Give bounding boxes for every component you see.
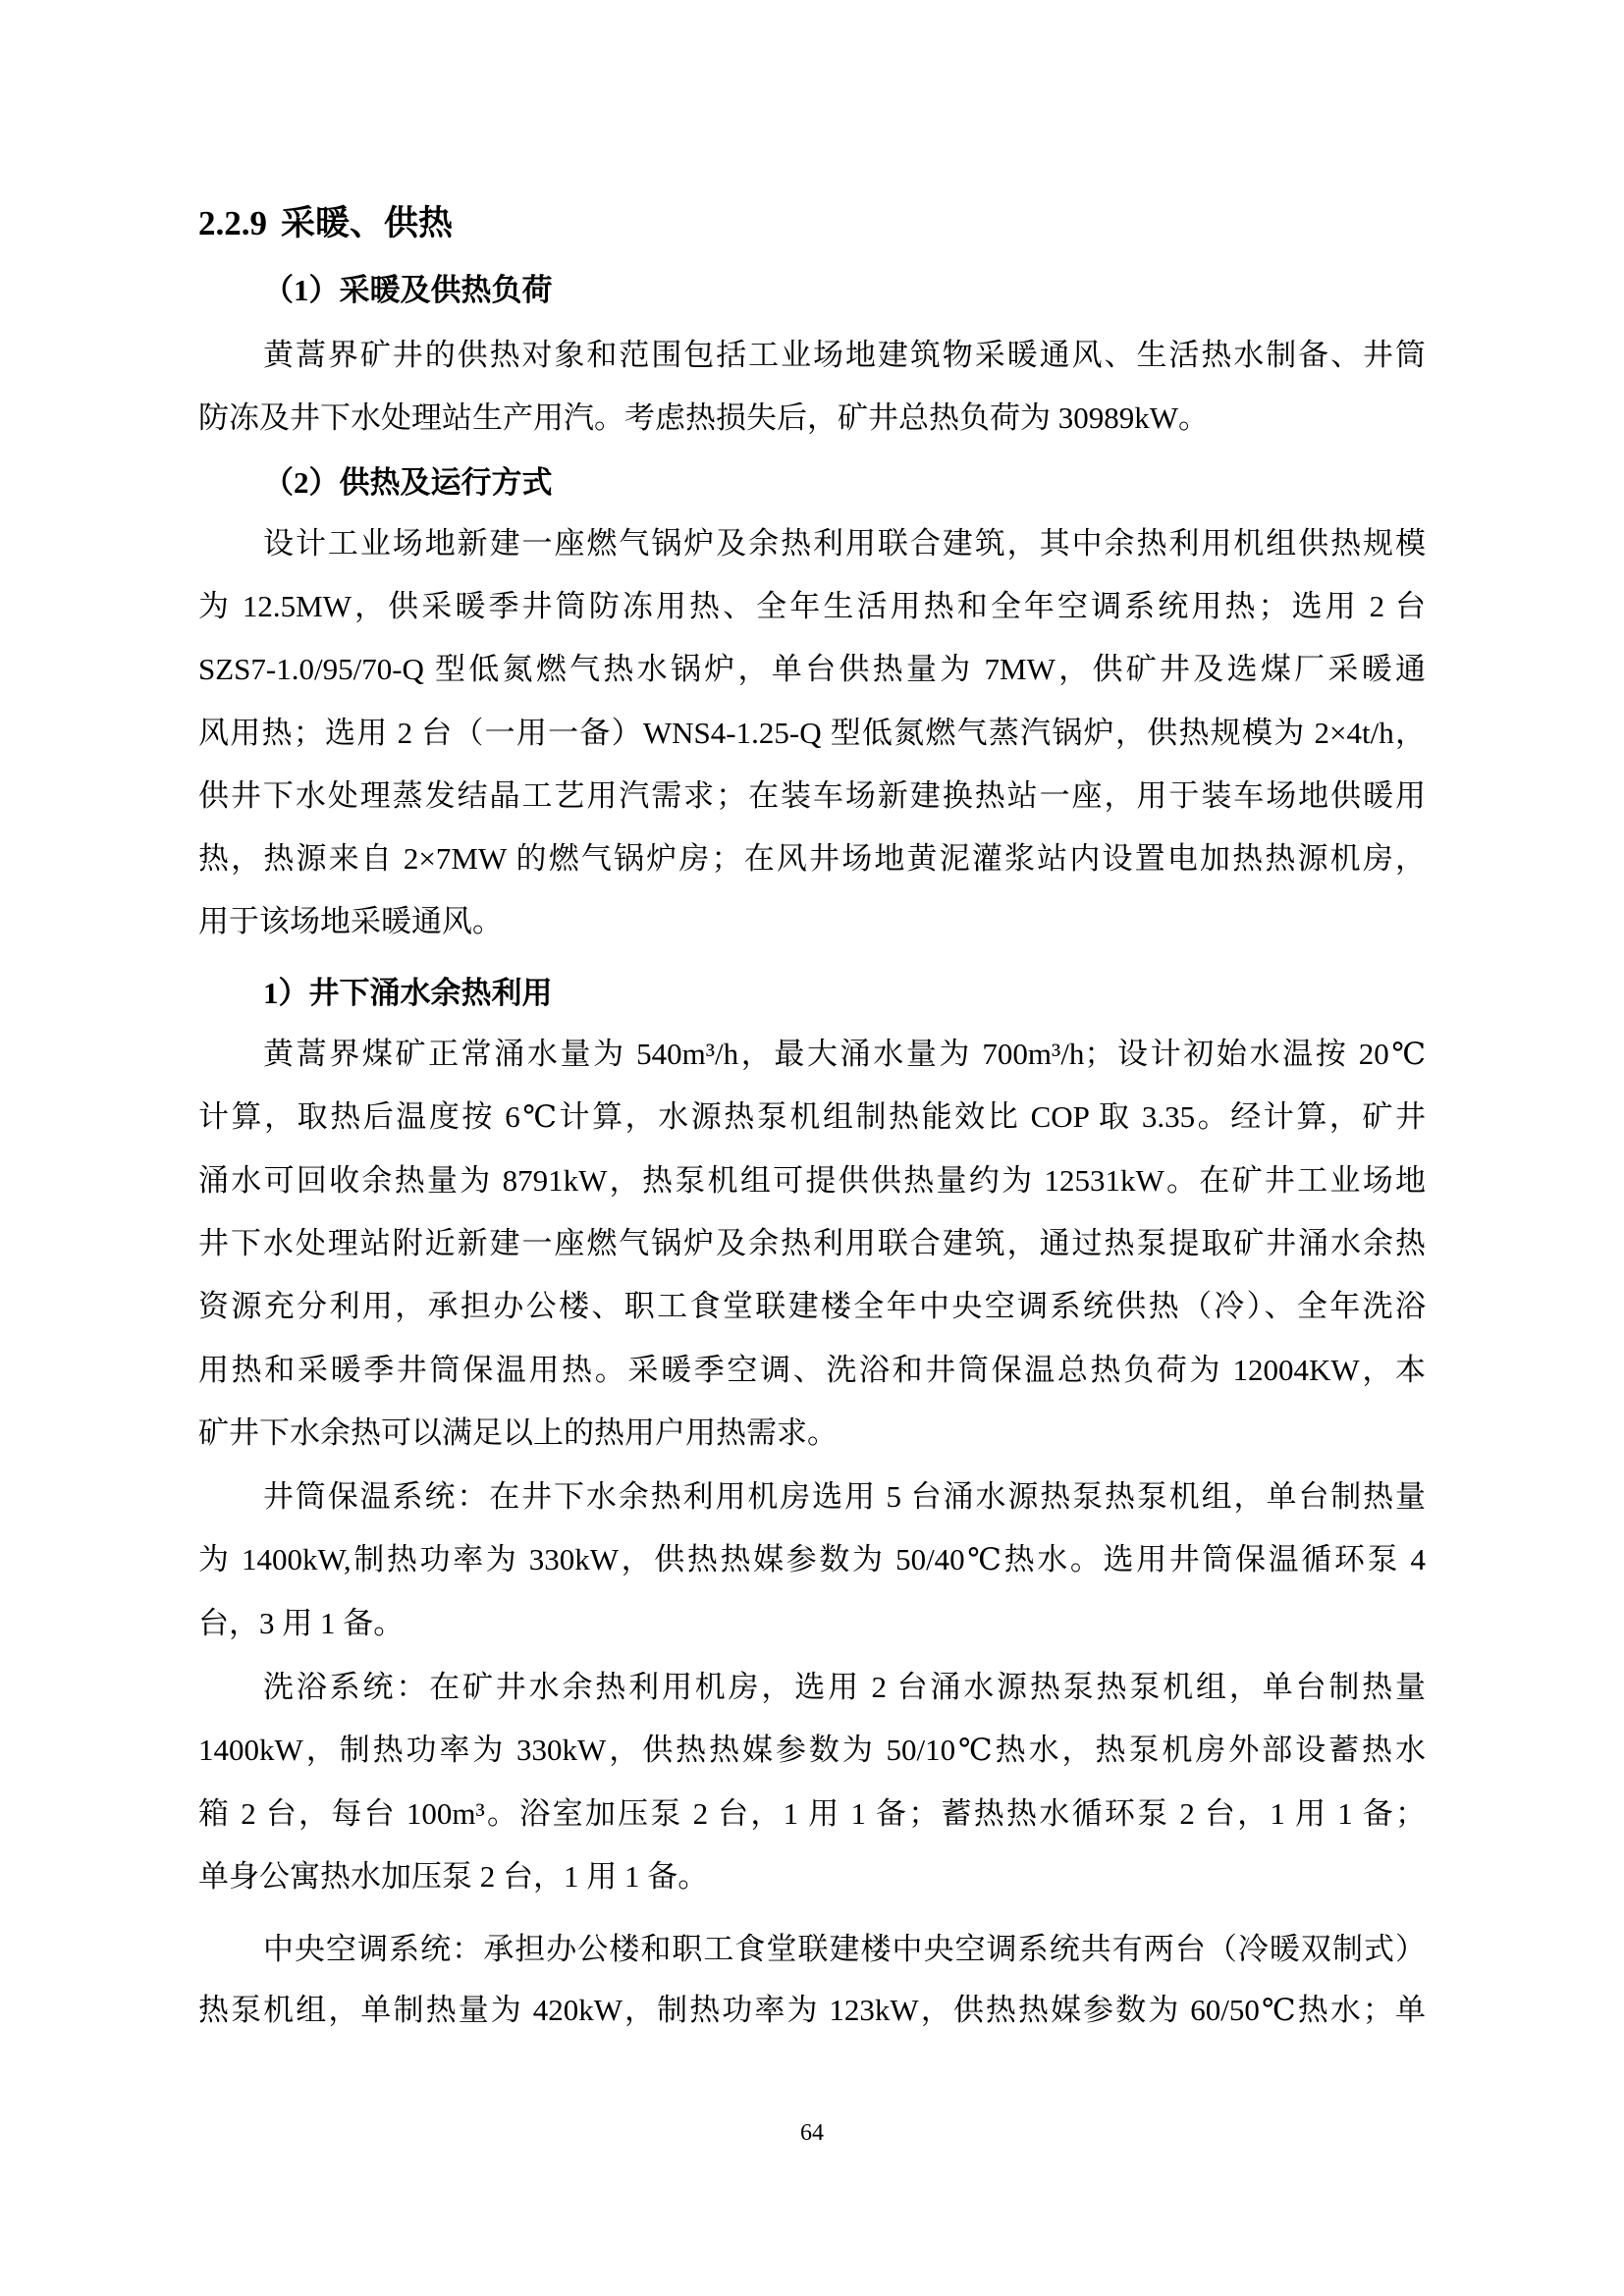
paragraph-line: 中央空调系统：承担办公楼和职工食堂联建楼中央空调系统共有两台（冷暖双制式） [263,1930,1426,1969]
paragraph-line: 井筒保温系统：在井下水余热利用机房选用 5 台涌水源热泵热泵机组，单台制热量 [263,1477,1426,1517]
paragraph-line: 涌水可回收余热量为 8791kW，热泵机组可提供供热量约为 12531kW。在矿… [198,1161,1426,1201]
section-number: 2.2.9 [198,204,267,242]
paragraph-line: 箱 2 台，每台 100m³。浴室加压泵 2 台，1 用 1 备；蓄热热水循环泵… [198,1794,1426,1834]
subsection-heading-2: （2）供热及运行方式 [263,463,553,503]
paragraph-line: 风用热；选用 2 台（一用一备）WNS4-1.25-Q 型低氮燃气蒸汽锅炉，供热… [198,714,1426,753]
paragraph-line: 计算，取热后温度按 6℃计算，水源热泵机组制热能效比 COP 取 3.35。经计… [198,1097,1426,1137]
paragraph-line: 为 1400kW,制热功率为 330kW，供热热媒参数为 50/40℃热水。选用… [198,1540,1426,1579]
paragraph-line: 台，3 用 1 备。 [198,1604,1426,1643]
page-number: 64 [0,2120,1624,2147]
paragraph-line: 黄蒿界矿井的供热对象和范围包括工业场地建筑物采暖通风、生活热水制备、井筒 [263,336,1426,375]
paragraph-line: 为 12.5MW，供采暖季井筒防冻用热、全年生活用热和全年空调系统用热；选用 2… [198,587,1426,626]
paragraph-line: 用热和采暖季井筒保温用热。采暖季空调、洗浴和井筒保温总热负荷为 12004KW，… [198,1351,1426,1390]
paragraph-line: 用于该场地采暖通风。 [198,902,1426,941]
paragraph-line: 单身公寓热水加压泵 2 台，1 用 1 备。 [198,1857,1426,1896]
paragraph-line: 矿井下水余热可以满足以上的热用户用热需求。 [198,1414,1426,1453]
paragraph-line: SZS7-1.0/95/70-Q 型低氮燃气热水锅炉，单台供热量为 7MW，供矿… [198,650,1426,689]
paragraph-line: 黄蒿界煤矿正常涌水量为 540m³/h，最大涌水量为 700m³/h；设计初始水… [263,1035,1426,1074]
document-page: 2.2.9采暖、供热 （1）采暖及供热负荷 黄蒿界矿井的供热对象和范围包括工业场… [0,0,1624,2296]
paragraph-line: 防冻及井下水处理站生产用汽。考虑热损失后，矿井总热负荷为 30989kW。 [198,399,1426,438]
section-title-text: 采暖、供热 [281,204,453,242]
paragraph-line: 设计工业场地新建一座燃气锅炉及余热利用联合建筑，其中余热利用机组供热规模 [263,524,1426,563]
paragraph-line: 热，热源来自 2×7MW 的燃气锅炉房；在风井场地黄泥灌浆站内设置电加热热源机房… [198,839,1426,879]
paragraph-line: 供井下水处理蒸发结晶工艺用汽需求；在装车场新建换热站一座，用于装车场地供暖用 [198,776,1426,816]
paragraph-line: 1400kW，制热功率为 330kW，供热热媒参数为 50/10℃热水，热泵机房… [198,1731,1426,1770]
subsection-heading-3: 1）井下涌水余热利用 [263,974,553,1013]
paragraph-line: 洗浴系统：在矿井水余热利用机房，选用 2 台涌水源热泵热泵机组，单台制热量 [263,1668,1426,1707]
paragraph-line: 资源充分利用，承担办公楼、职工食堂联建楼全年中央空调系统供热（冷）、全年洗浴 [198,1287,1426,1326]
paragraph-line: 井下水处理站附近新建一座燃气锅炉及余热利用联合建筑，通过热泵提取矿井涌水余热 [198,1224,1426,1263]
paragraph-line: 热泵机组，单制热量为 420kW，制热功率为 123kW，供热热媒参数为 60/… [198,1991,1426,2030]
section-title: 2.2.9采暖、供热 [198,202,453,245]
subsection-heading-1: （1）采暖及供热负荷 [263,271,553,310]
